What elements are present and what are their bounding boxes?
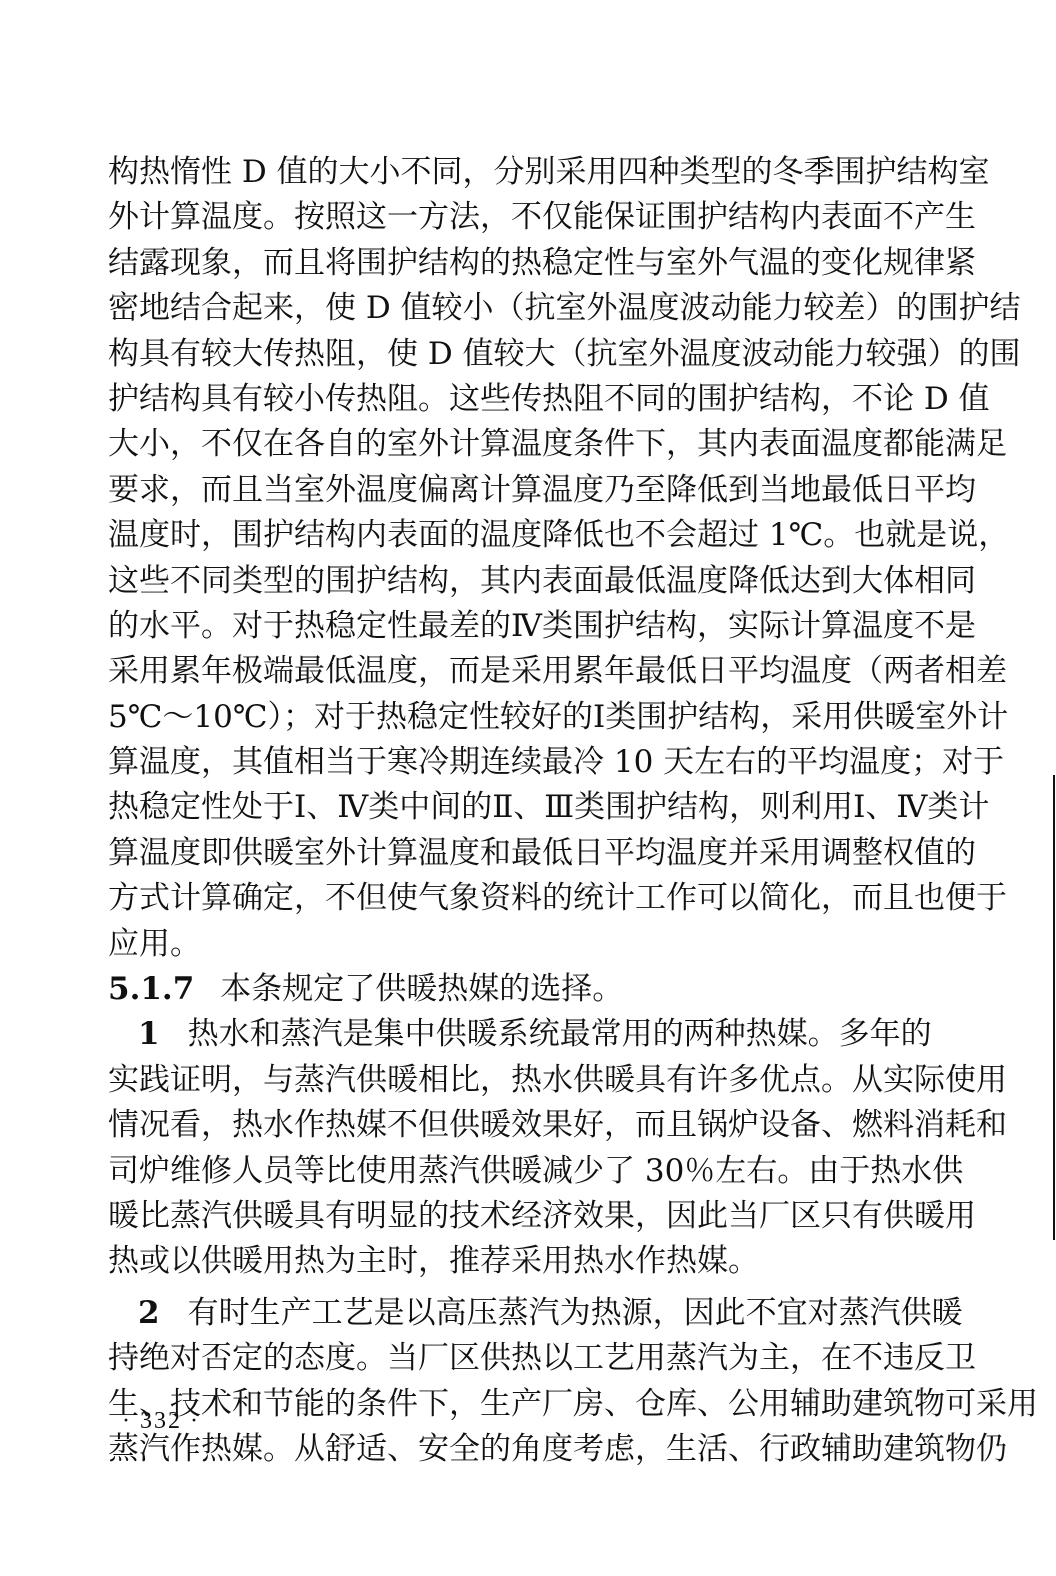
text-line: 算温度，其值相当于寒冷期连续最冷 10 天左右的平均温度；对于 xyxy=(108,740,920,785)
text-line: 热或以供暖用热为主时，推荐采用热水作热媒。 xyxy=(108,1239,920,1284)
body-text: 构热惰性 D 值的大小不同，分别采用四种类型的冬季围护结构室 外计算温度。按照这… xyxy=(108,150,920,1472)
text-line: 蒸汽作热媒。从舒适、安全的角度考虑，生活、行政辅助建筑物仍 xyxy=(108,1427,920,1472)
text-line: 要求，而且当室外温度偏离计算温度乃至降低到当地最低日平均 xyxy=(108,468,920,513)
text-line: 结露现象，而且将围护结构的热稳定性与室外气温的变化规律紧 xyxy=(108,241,920,286)
text-line: 有时生产工艺是以高压蒸汽为热源，因此不宜对蒸汽供暖 xyxy=(188,1295,963,1331)
item-2-first-line: 2有时生产工艺是以高压蒸汽为热源，因此不宜对蒸汽供暖 xyxy=(108,1291,920,1336)
item-1-first-line: 1热水和蒸汽是集中供暖系统最常用的两种热媒。多年的 xyxy=(108,1012,920,1057)
section-title: 本条规定了供暖热媒的选择。 xyxy=(220,971,623,1007)
text-line: 5℃～10℃）；对于热稳定性较好的Ⅰ类围护结构，采用供暖室外计 xyxy=(108,695,920,740)
text-line: 密地结合起来，使 D 值较小（抗室外温度波动能力较差）的围护结 xyxy=(108,286,920,331)
text-line: 暖比蒸汽供暖具有明显的技术经济效果，因此当厂区只有供暖用 xyxy=(108,1194,920,1239)
scan-artifact-dash xyxy=(985,431,988,433)
text-line: 热水和蒸汽是集中供暖系统最常用的两种热媒。多年的 xyxy=(188,1016,932,1052)
document-page: 构热惰性 D 值的大小不同，分别采用四种类型的冬季围护结构室 外计算温度。按照这… xyxy=(0,0,1056,1576)
text-line: 方式计算确定，不但使气象资料的统计工作可以简化，而且也便于 xyxy=(108,876,920,921)
item-number: 1 xyxy=(138,1016,160,1052)
text-line: 司炉维修人员等比使用蒸汽供暖减少了 30％左右。由于热水供 xyxy=(108,1149,920,1194)
text-line: 实践证明，与蒸汽供暖相比，热水供暖具有许多优点。从实际使用 xyxy=(108,1058,920,1103)
item-number: 2 xyxy=(138,1295,160,1331)
section-heading: 5.1.7本条规定了供暖热媒的选择。 xyxy=(108,967,920,1012)
text-line: 这些不同类型的围护结构，其内表面最低温度降低达到大体相同 xyxy=(108,559,920,604)
text-line: 热稳定性处于Ⅰ、Ⅳ类中间的Ⅱ、Ⅲ类围护结构，则利用Ⅰ、Ⅳ类计 xyxy=(108,785,920,830)
text-line: 情况看，热水作热媒不但供暖效果好，而且锅炉设备、燃料消耗和 xyxy=(108,1103,920,1148)
text-line: 生、技术和节能的条件下，生产厂房、仓库、公用辅助建筑物可采用 xyxy=(108,1382,920,1427)
text-line: 构具有较大传热阻，使 D 值较大（抗室外温度波动能力较强）的围 xyxy=(108,332,920,377)
text-line: 构热惰性 D 值的大小不同，分别采用四种类型的冬季围护结构室 xyxy=(108,150,920,195)
text-line: 采用累年极端最低温度，而是采用累年最低日平均温度（两者相差 xyxy=(108,649,920,694)
text-line: 温度时，围护结构内表面的温度降低也不会超过 1℃。也就是说， xyxy=(108,513,920,558)
text-line: 护结构具有较小传热阻。这些传热阻不同的围护结构，不论 D 值 xyxy=(108,377,920,422)
page-number: · 332 · xyxy=(122,1408,200,1435)
text-line: 外计算温度。按照这一方法，不仅能保证围护结构内表面不产生 xyxy=(108,195,920,240)
scan-artifact-edge-line xyxy=(1053,775,1055,1240)
text-line: 大小，不仅在各自的室外计算温度条件下，其内表面温度都能满足 xyxy=(108,422,920,467)
text-line: 算温度即供暖室外计算温度和最低日平均温度并采用调整权值的 xyxy=(108,831,920,876)
text-line: 的水平。对于热稳定性最差的Ⅳ类围护结构，实际计算温度不是 xyxy=(108,604,920,649)
text-line: 应用。 xyxy=(108,922,920,967)
text-line: 持绝对否定的态度。当厂区供热以工艺用蒸汽为主，在不违反卫 xyxy=(108,1336,920,1381)
section-number: 5.1.7 xyxy=(108,971,194,1007)
